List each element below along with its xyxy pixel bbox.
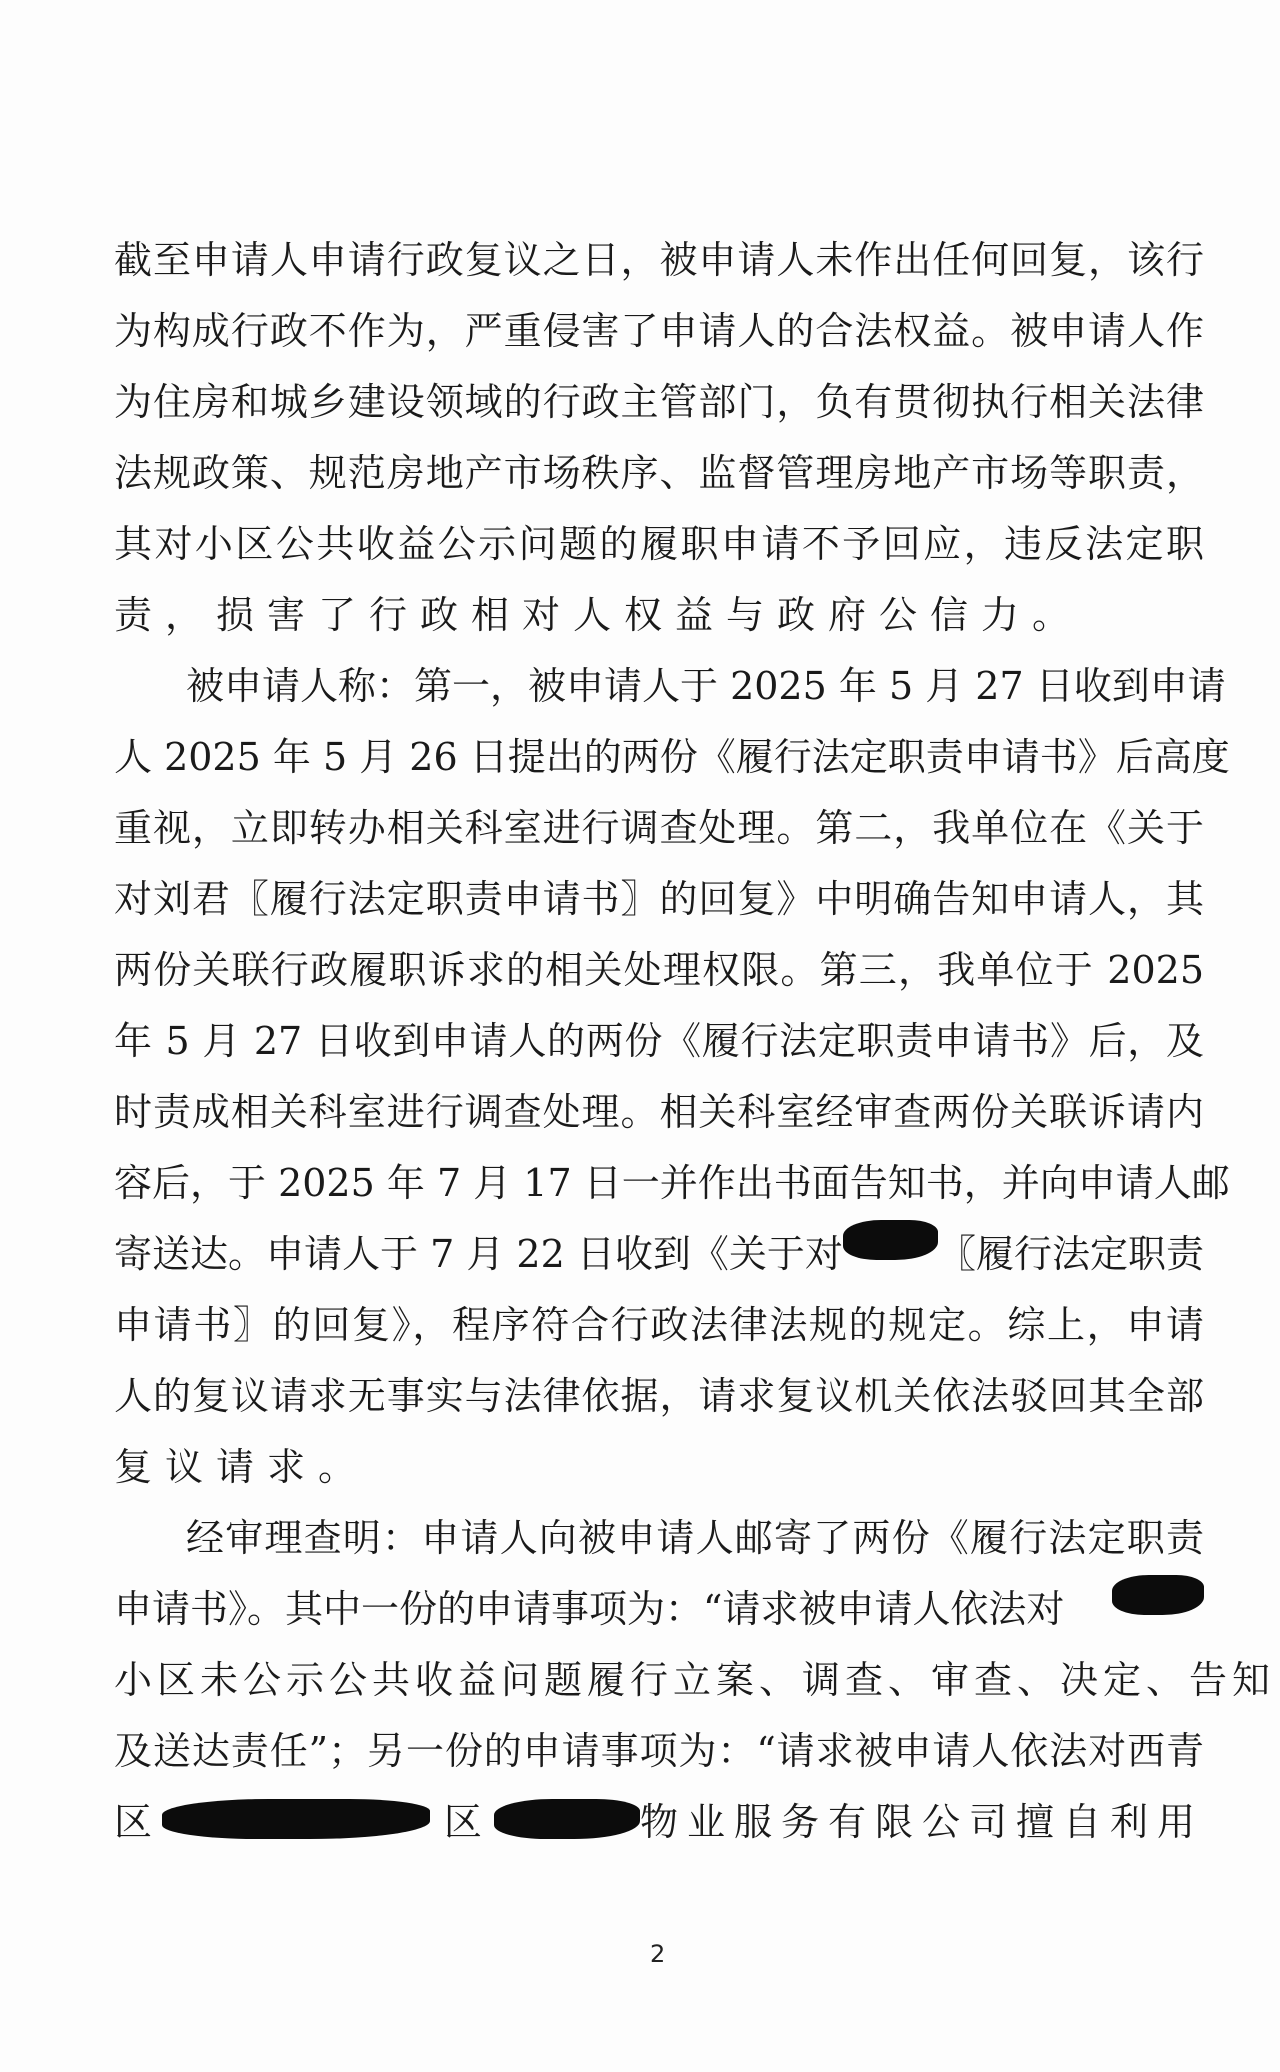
paragraph-1-line-3: 为住房和城乡建设领域的行政主管部门，负有贯彻执行相关法律: [114, 374, 1204, 430]
paragraph-1-line-5: 其对小区公共收益公示问题的履职申请不予回应，违反法定职: [114, 516, 1204, 572]
line-segment: 区: [444, 1794, 482, 1850]
paragraph-2-line-6: 年 5 月 27 日收到申请人的两份《履行法定职责申请书》后，及: [114, 1013, 1204, 1069]
paragraph-3-line-5: 区 区 物业服务有限公司擅自利用: [114, 1794, 1204, 1850]
line-segment: 物业服务有限公司擅自利用: [640, 1794, 1204, 1850]
paragraph-2-line-1: 被申请人称：第一，被申请人于 2025 年 5 月 27 日收到申请: [186, 658, 1204, 714]
line-segment: 区: [114, 1794, 152, 1850]
line-segment: 小区未公示公共收益问题履行立案、调查、审查、决定、告知: [114, 1652, 1275, 1708]
line-segment: 〖履行法定职责: [938, 1226, 1204, 1282]
page-number: 2: [650, 1940, 665, 1968]
redaction-mark: [1112, 1575, 1204, 1615]
paragraph-2-line-10: 申请书〗的回复》，程序符合行政法律法规的规定。综上，申请: [114, 1297, 1204, 1353]
line-segment: 申请书》。其中一份的申请事项为：“请求被申请人依法对: [114, 1581, 1064, 1637]
paragraph-2-line-2: 人 2025 年 5 月 26 日提出的两份《履行法定职责申请书》后高度: [114, 729, 1204, 785]
paragraph-3-line-2: 申请书》。其中一份的申请事项为：“请求被申请人依法对: [114, 1581, 1204, 1637]
paragraph-1-line-1: 截至申请人申请行政复议之日，被申请人未作出任何回复，该行: [114, 232, 1204, 288]
paragraph-2-line-4: 对刘君〖履行法定职责申请书〗的回复》中明确告知申请人，其: [114, 871, 1204, 927]
line-segment: 寄送达。申请人于 7 月 22 日收到《关于对: [114, 1226, 843, 1282]
paragraph-2-line-12: 复议请求。: [114, 1439, 1204, 1495]
paragraph-3-line-3: 小区未公示公共收益问题履行立案、调查、审查、决定、告知: [114, 1652, 1204, 1708]
redaction-mark: [494, 1799, 640, 1839]
paragraph-1-line-4: 法规政策、规范房地产市场秩序、监督管理房地产市场等职责，: [114, 445, 1204, 501]
paragraph-1-line-2: 为构成行政不作为，严重侵害了申请人的合法权益。被申请人作: [114, 303, 1204, 359]
paragraph-1-line-6: 责，损害了行政相对人权益与政府公信力。: [114, 587, 1204, 643]
paragraph-3-line-1: 经审理查明：申请人向被申请人邮寄了两份《履行法定职责: [186, 1510, 1204, 1566]
redaction-mark: [162, 1799, 430, 1839]
paragraph-3-line-4: 及送达责任”；另一份的申请事项为：“请求被申请人依法对西青: [114, 1723, 1204, 1779]
paragraph-2-line-8: 容后，于 2025 年 7 月 17 日一并作出书面告知书，并向申请人邮: [114, 1155, 1204, 1211]
document-page: 截至申请人申请行政复议之日，被申请人未作出任何回复，该行 为构成行政不作为，严重…: [0, 0, 1280, 2072]
paragraph-2-line-3: 重视，立即转办相关科室进行调查处理。第二，我单位在《关于: [114, 800, 1204, 856]
redaction-mark: [843, 1220, 938, 1260]
paragraph-2-line-11: 人的复议请求无事实与法律依据，请求复议机关依法驳回其全部: [114, 1368, 1204, 1424]
paragraph-2-line-5: 两份关联行政履职诉求的相关处理权限。第三，我单位于 2025: [114, 942, 1204, 998]
paragraph-2-line-7: 时责成相关科室进行调查处理。相关科室经审查两份关联诉请内: [114, 1084, 1204, 1140]
paragraph-2-line-9: 寄送达。申请人于 7 月 22 日收到《关于对 〖履行法定职责: [114, 1226, 1204, 1282]
